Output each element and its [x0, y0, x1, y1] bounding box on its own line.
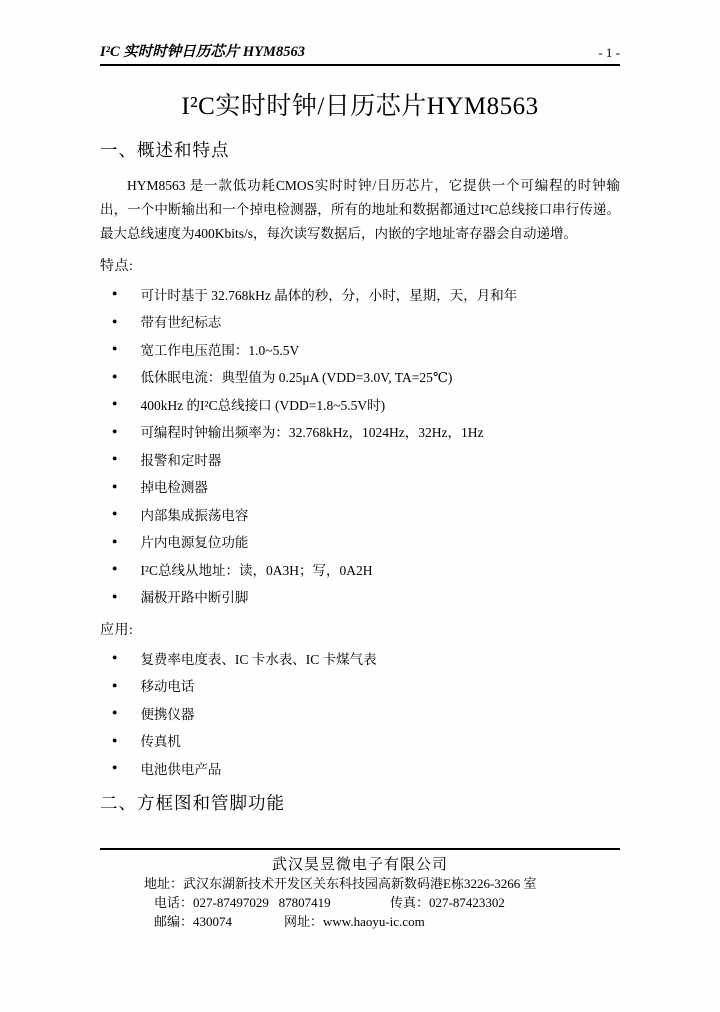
feature-item: ● 漏极开路中断引脚 [100, 583, 620, 611]
feature-item-text: I²C总线从地址：读，0A3H；写，0A2H [140, 559, 372, 579]
feature-item-text: 漏极开路中断引脚 [140, 586, 248, 606]
feature-item-text: 低休眠电流：典型值为 0.25μA (VDD=3.0V, TA=25℃) [140, 366, 452, 386]
application-item: ● 复费率电度表、IC 卡水表、IC 卡煤气表 [100, 644, 620, 672]
feature-item-text: 可编程时钟输出频率为：32.768kHz，1024Hz，32Hz，1Hz [140, 421, 483, 441]
datasheet-page: I²C 实时时钟日历芯片 HYM8563 - 1 - I²C实时时钟/日历芯片H… [0, 0, 720, 1012]
application-item-text: 便携仪器 [140, 703, 194, 723]
bullet-icon: ● [112, 763, 117, 772]
feature-item-text: 可计时基于 32.768kHz 晶体的秒，分，小时，星期，天，月和年 [140, 284, 517, 304]
bullet-icon: ● [112, 736, 117, 745]
application-item-text: 传真机 [140, 730, 181, 750]
bullet-icon: ● [112, 427, 117, 436]
feature-item: ● 宽工作电压范围：1.0~5.5V [100, 335, 620, 363]
footer-website: 网址：www.haoyu-ic.com [284, 912, 425, 931]
page-title: I²C实时时钟/日历芯片HYM8563 [100, 86, 620, 122]
feature-item: ● 低休眠电流：典型值为 0.25μA (VDD=3.0V, TA=25℃) [100, 363, 620, 391]
footer-postal-code: 邮编：430074 [154, 912, 284, 931]
footer-phone-fax-row: 电话：027-87497029 87807419 传真：027-87423302 [154, 893, 620, 912]
bullet-icon: ● [112, 454, 117, 463]
applications-label: 应用: [100, 619, 620, 639]
bullet-icon: ● [112, 509, 117, 518]
bullet-icon: ● [112, 372, 117, 381]
footer-phone: 电话：027-87497029 87807419 [154, 893, 390, 912]
features-label: 特点: [100, 255, 620, 275]
footer-postal-web-row: 邮编：430074 网址：www.haoyu-ic.com [154, 912, 620, 931]
bullet-icon: ● [112, 482, 117, 491]
features-list: ● 可计时基于 32.768kHz 晶体的秒，分，小时，星期，天，月和年 ● 带… [100, 280, 620, 610]
bullet-icon: ● [112, 681, 117, 690]
section-2-heading: 二、方框图和管脚功能 [100, 790, 620, 815]
feature-item-text: 内部集成振荡电容 [140, 504, 248, 524]
application-item: ● 电池供电产品 [100, 754, 620, 782]
application-item: ● 传真机 [100, 727, 620, 755]
application-item-text: 电池供电产品 [140, 758, 221, 778]
bullet-icon: ● [112, 289, 117, 298]
footer-fax: 传真：027-87423302 [390, 893, 505, 912]
application-item: ● 移动电话 [100, 672, 620, 700]
bullet-icon: ● [112, 653, 117, 662]
feature-item-text: 掉电检测器 [140, 476, 208, 496]
bullet-icon: ● [112, 317, 117, 326]
feature-item-text: 报警和定时器 [140, 449, 221, 469]
feature-item: ● 报警和定时器 [100, 445, 620, 473]
footer-address: 地址：武汉东湖新技术开发区关东科技园高新数码港E栋3226-3266 室 [144, 874, 620, 893]
header-document-title: I²C 实时时钟日历芯片 HYM8563 [100, 40, 305, 61]
feature-item: ● 可计时基于 32.768kHz 晶体的秒，分，小时，星期，天，月和年 [100, 280, 620, 308]
bullet-icon: ● [112, 537, 117, 546]
application-item-text: 复费率电度表、IC 卡水表、IC 卡煤气表 [140, 648, 376, 668]
feature-item: ● 带有世纪标志 [100, 308, 620, 336]
feature-item-text: 宽工作电压范围：1.0~5.5V [140, 339, 299, 359]
application-item-text: 移动电话 [140, 675, 194, 695]
bullet-icon: ● [112, 708, 117, 717]
bullet-icon: ● [112, 344, 117, 353]
page-header: I²C 实时时钟日历芯片 HYM8563 - 1 - [100, 0, 620, 66]
feature-item-text: 带有世纪标志 [140, 311, 221, 331]
intro-paragraph: HYM8563 是一款低功耗CMOS实时时钟/日历芯片，它提供一个可编程的时钟输… [100, 174, 620, 246]
feature-item: ● 400kHz 的I²C总线接口 (VDD=1.8~5.5V时) [100, 390, 620, 418]
feature-item: ● 可编程时钟输出频率为：32.768kHz，1024Hz，32Hz，1Hz [100, 418, 620, 446]
section-1-heading: 一、概述和特点 [100, 137, 620, 162]
header-page-number: - 1 - [598, 45, 620, 61]
bullet-icon: ● [112, 592, 117, 601]
page-footer: 武汉昊昱微电子有限公司 地址：武汉东湖新技术开发区关东科技园高新数码港E栋322… [100, 848, 620, 931]
feature-item-text: 400kHz 的I²C总线接口 (VDD=1.8~5.5V时) [140, 394, 385, 414]
feature-item-text: 片内电源复位功能 [140, 531, 248, 551]
feature-item: ● I²C总线从地址：读，0A3H；写，0A2H [100, 555, 620, 583]
bullet-icon: ● [112, 564, 117, 573]
feature-item: ● 掉电检测器 [100, 473, 620, 501]
feature-item: ● 内部集成振荡电容 [100, 500, 620, 528]
footer-company-name: 武汉昊昱微电子有限公司 [100, 853, 620, 874]
bullet-icon: ● [112, 399, 117, 408]
applications-list: ● 复费率电度表、IC 卡水表、IC 卡煤气表 ● 移动电话 ● 便携仪器 ● … [100, 644, 620, 782]
application-item: ● 便携仪器 [100, 699, 620, 727]
feature-item: ● 片内电源复位功能 [100, 528, 620, 556]
